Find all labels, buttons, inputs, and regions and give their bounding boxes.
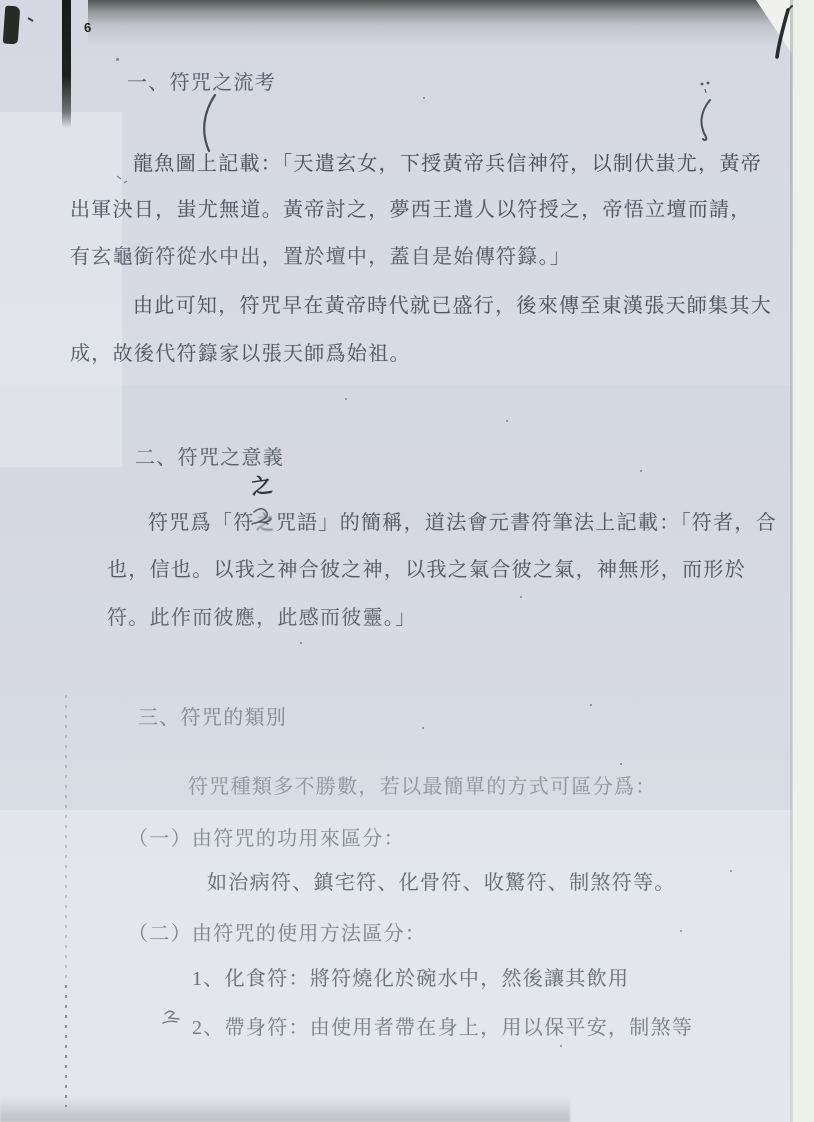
text-line: 有玄龜銜符從水中出，置於壇中，蓋自是始傳符籙。」	[70, 240, 571, 269]
text-line: 由此可知，符咒早在黃帝時代就已盛行，後來傳至東漢張天師集其大	[133, 289, 772, 318]
perforation-dashes	[65, 695, 67, 985]
handwritten-insert-char: 之	[249, 469, 274, 502]
scan-black-line	[62, 0, 71, 128]
text-line: （一）由符咒的功用來區分：	[128, 822, 405, 851]
text-line: 符咒爲「符之咒語」的簡稱，道法會元書符筆法上記載：「符者，合	[148, 506, 777, 535]
scan-tone-patch	[0, 112, 122, 467]
text-line: 龍魚圖上記載：「天遣玄女，下授黃帝兵信神符，以制伏蚩尤，黃帝	[133, 147, 762, 176]
scribbled-char: 之	[256, 506, 275, 535]
scan-tone-patch	[0, 385, 792, 810]
scanned-document-page: { "colors": { "paper": "#d8dbe4", "ink":…	[0, 0, 814, 1122]
scan-corner-artifact	[756, 0, 792, 54]
text-line: 出軍決日，蚩尤無道。黃帝討之，夢西王遣人以符授之，帝悟立壇而請，	[70, 193, 752, 222]
text-line: 符咒種類多不勝數，若以最簡單的方式可區分爲：	[188, 770, 657, 799]
text-fragment: 咒語」的簡稱，道法會元書符筆法上記載：「符者，合	[276, 512, 777, 534]
text-line: 也，信也。以我之神合彼之神，以我之氣合彼之氣，神無形，而形於	[107, 553, 746, 582]
perforation-dashes	[65, 985, 67, 1107]
section2-heading: 二、符咒之意義	[135, 441, 284, 470]
page-number: 6	[84, 20, 92, 35]
text-line: 2、帶身符：由使用者帶在身上，用以保平安，制煞等	[192, 1011, 693, 1040]
ink-blob	[3, 6, 21, 45]
text-line: 符。此作而彼應，此感而彼靈。」	[107, 601, 417, 630]
text-fragment: 符咒爲「符	[148, 512, 255, 534]
paper-edge	[790, 0, 793, 1122]
scan-shadow-band	[0, 1096, 570, 1122]
text-line: 如治病符、鎮宅符、化骨符、收驚符、制煞符等。	[207, 866, 676, 895]
section1-heading: 一、符咒之流考	[127, 66, 276, 95]
text-line: 1、化食符：將符燒化於碗水中，然後讓其飲用	[192, 962, 629, 991]
scan-shadow-band	[88, 0, 792, 46]
text-line: 成，故後代符籙家以張天師爲始祖。	[70, 337, 411, 366]
section3-heading: 三、符咒的類別	[138, 701, 287, 730]
text-line: （二）由符咒的使用方法區分：	[128, 917, 426, 946]
